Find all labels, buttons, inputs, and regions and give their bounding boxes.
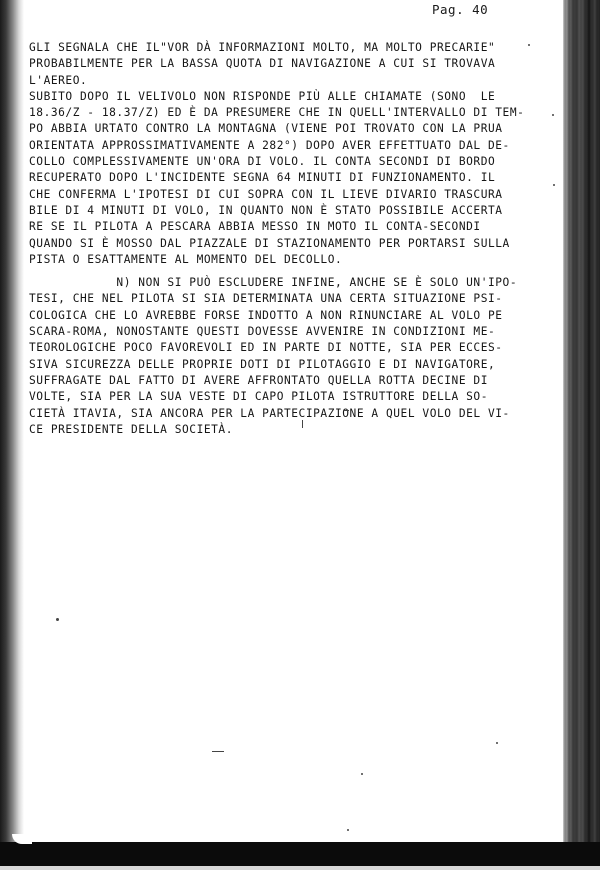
text-line: VOLTE, SIA PER LA SUA VESTE DI CAPO PILO… [29, 389, 549, 405]
text-line: SCARA-ROMA, NONOSTANTE QUESTI DOVESSE AV… [29, 324, 549, 340]
scan-speck [56, 618, 59, 621]
text-line: N) NON SI PUÒ ESCLUDERE INFINE, ANCHE SE… [29, 275, 549, 291]
document-body: GLI SEGNALA CHE IL"VOR DÀ INFORMAZIONI M… [29, 40, 549, 438]
scan-speck [212, 751, 224, 752]
scan-speck [302, 420, 303, 428]
scan-speck [553, 184, 555, 186]
paragraph-gap [29, 268, 549, 275]
text-line: BILE DI 4 MINUTI DI VOLO, IN QUANTO NON … [29, 203, 549, 219]
paragraph-n-hypothesis: N) NON SI PUÒ ESCLUDERE INFINE, ANCHE SE… [29, 275, 549, 438]
text-line: PISTA O ESATTAMENTE AL MOMENTO DEL DECOL… [29, 252, 549, 268]
page-number: Pag. 40 [432, 2, 488, 17]
scan-speck [347, 829, 349, 831]
scan-speck [343, 410, 349, 411]
scan-speck [552, 114, 554, 116]
text-line: CIETÀ ITAVIA, SIA ANCORA PER LA PARTECIP… [29, 406, 549, 422]
text-line: TESI, CHE NEL PILOTA SI SIA DETERMINATA … [29, 291, 549, 307]
scan-speck [528, 44, 530, 46]
text-line: SIVA SICUREZZA DELLE PROPRIE DOTI DI PIL… [29, 357, 549, 373]
text-line: ORIENTATA APPROSSIMATIVAMENTE A 282°) DO… [29, 138, 549, 154]
text-line: CHE CONFERMA L'IPOTESI DI CUI SOPRA CON … [29, 187, 549, 203]
text-line: PO ABBIA URTATO CONTRO LA MONTAGNA (VIEN… [29, 121, 549, 137]
scan-left-shadow [0, 0, 24, 866]
text-line: PROBABILMENTE PER LA BASSA QUOTA DI NAVI… [29, 56, 549, 72]
text-line: COLOGICA CHE LO AVREBBE FORSE INDOTTO A … [29, 308, 549, 324]
scan-bottom-strip [0, 866, 600, 870]
text-line: RECUPERATO DOPO L'INCIDENTE SEGNA 64 MIN… [29, 170, 549, 186]
scan-speck [496, 742, 498, 744]
scan-speck [361, 773, 363, 775]
text-line: SUBITO DOPO IL VELIVOLO NON RISPONDE PIÙ… [29, 89, 549, 105]
scan-binding-edge [563, 0, 600, 866]
text-line: CE PRESIDENTE DELLA SOCIETÀ. [29, 422, 549, 438]
text-line: GLI SEGNALA CHE IL"VOR DÀ INFORMAZIONI M… [29, 40, 549, 56]
text-line: RE SE IL PILOTA A PESCARA ABBIA MESSO IN… [29, 219, 549, 235]
paragraph-vor-report: GLI SEGNALA CHE IL"VOR DÀ INFORMAZIONI M… [29, 40, 549, 268]
text-line: 18.36/Z - 18.37/Z) ED È DA PRESUMERE CHE… [29, 105, 549, 121]
text-line: QUANDO SI È MOSSO DAL PIAZZALE DI STAZIO… [29, 236, 549, 252]
scan-bottom-border [0, 842, 600, 867]
text-line: COLLO COMPLESSIVAMENTE UN'ORA DI VOLO. I… [29, 154, 549, 170]
text-line: TEOROLOGICHE POCO FAVOREVOLI ED IN PARTE… [29, 340, 549, 356]
text-line: L'AEREO. [29, 73, 549, 89]
text-line: SUFFRAGATE DAL FATTO DI AVERE AFFRONTATO… [29, 373, 549, 389]
